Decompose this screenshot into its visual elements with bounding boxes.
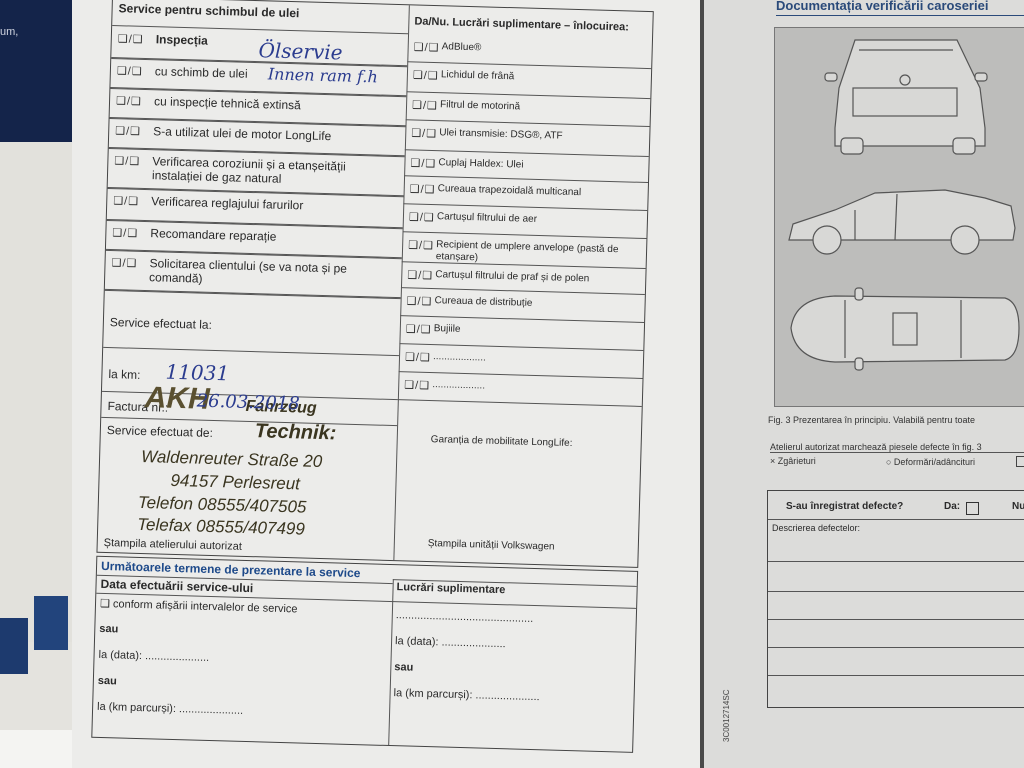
yes-no-checkbox[interactable]: ❑/❑ [117,64,143,78]
white-sheet [0,730,72,768]
extra-work-label: Cartușul filtrului de praf și de polen [435,269,635,287]
car-diagram [774,27,1024,407]
cover-text: um, [0,26,18,38]
km-label: la km: [108,367,140,382]
yes-no-checkbox[interactable]: ❑/❑ [115,124,141,138]
extra-work-label: AdBlue® [442,41,642,59]
defects-description-label: Descrierea defectelor: [772,523,860,533]
yes-no-checkbox[interactable]: ❑/❑ [411,126,437,140]
yes-no-checkbox[interactable]: ❑/❑ [111,256,137,270]
yes-no-checkbox[interactable]: ❑/❑ [413,68,439,82]
service-item-label: cu inspecție tehnică extinsă [154,94,394,115]
blue-tab [34,596,68,650]
stamp-city: 94157 Perlesreut [170,471,300,495]
yes-label: Da: [944,501,960,512]
legend-scratches: × Zgârieturi [770,456,816,466]
extra-work-row: ❑/❑................... [398,371,643,407]
defects-box: S-au înregistrat defecte? Da: Nu Descrie… [767,490,1024,708]
service-date-header: Data efectuării service-ului [100,577,253,595]
figure-caption: Fig. 3 Prezentarea în principiu. Valabil… [768,415,975,425]
yes-no-checkbox[interactable]: ❑/❑ [409,210,435,224]
yes-no-checkbox[interactable]: ❑/❑ [406,294,432,308]
extra-work-label: Cureaua trapezoidală multicanal [438,183,638,201]
document-code: 3C0012714SC [722,690,731,742]
extra-work-label: Filtrul de motorină [440,99,640,117]
yes-no-checkbox[interactable]: ❑/❑ [113,194,139,208]
yes-no-checkbox[interactable]: ❑/❑ [410,182,436,196]
yes-no-checkbox[interactable]: ❑/❑ [406,322,432,336]
extra-work-label: Cartușul filtrului de aer [437,211,637,229]
yes-no-checkbox[interactable]: ❑/❑ [116,94,142,108]
yes-no-checkbox[interactable]: ❑/❑ [414,40,440,54]
next-service-right-line: sau [394,661,541,691]
handwritten-oil-note: Innen ram f.h [268,64,378,86]
next-service-left-line[interactable]: la (km parcurși): ..................... [97,701,295,733]
marking-note: Atelierul autorizat marchează piesele de… [770,442,1024,453]
yes-no-checkbox[interactable]: ❑/❑ [407,268,433,282]
yes-no-checkbox[interactable]: ❑/❑ [112,226,138,240]
handwritten-date: 26.03.2018 [196,391,300,415]
oil-service-header: Service pentru schimbul de ulei [118,1,299,20]
grey-card [0,142,73,642]
yes-no-checkbox[interactable]: ❑/❑ [114,154,140,168]
extra-work-label: Lichidul de frână [441,69,641,87]
yes-no-checkbox[interactable]: ❑/❑ [410,156,436,170]
vw-stamp-label: Ștampila unității Volkswagen [428,538,555,553]
next-service-table: Următoarele termene de prezentare la ser… [91,556,638,753]
extra-work-header: Da/Nu. Lucrări suplimentare – înlocuirea… [414,15,629,33]
extra-work-label: Cuplaj Haldex: Ulei [438,157,638,175]
yes-no-checkbox[interactable]: ❑/❑ [412,98,438,112]
handwritten-inspection-note: Ölservie [258,38,343,64]
extra-work-label: Ulei transmisie: DSG®, ATF [439,127,639,145]
yes-checkbox[interactable] [966,502,979,515]
service-item-row: ❑/❑Solicitarea clientului (se va nota și… [105,249,402,299]
yes-no-checkbox[interactable]: ❑/❑ [405,350,431,364]
extra-work-label: Bujiile [434,323,634,341]
stamp-line2: Technik: [255,420,337,445]
legend-dents: ○ Deformări/adâncituri [886,457,975,467]
yes-no-checkbox[interactable]: ❑/❑ [408,238,434,252]
extra-work-label: ................... [432,379,632,397]
handwritten-km: 11031 [165,360,229,386]
extra-work-label: ................... [433,351,633,369]
bodywork-title: Documentația verificării caroseriei [776,0,1024,16]
service-at-label: Service efectuat la: [110,315,212,332]
service-item-label: Verificarea coroziunii și a etanșeității… [152,154,393,189]
service-item-label: S-a utilizat ulei de motor LongLife [153,124,393,145]
next-service-right-line[interactable]: la (data): ..................... [395,635,542,665]
defects-question: S-au înregistrat defecte? [786,501,903,512]
yes-no-checkbox[interactable]: ❑/❑ [404,378,430,392]
next-service-right-line[interactable]: la (km parcurși): ..................... [393,687,540,717]
blue-tab [0,618,28,674]
legend-checkbox[interactable] [1016,456,1024,467]
workshop-stamp-label: Ștampila atelierului autorizat [104,537,242,553]
next-service-right-line[interactable]: ........................................… [395,609,542,639]
service-item-label: Verificarea reglajului farurilor [151,194,391,215]
extra-work-column-header: Lucrări suplimentare [396,581,505,596]
service-item-label: Solicitarea clientului (se va nota și pe… [149,256,390,291]
service-item-label: Recomandare reparație [150,226,390,247]
extra-work-label: Cureaua de distribuție [434,295,634,313]
service-by-label: Service efectuat de: [107,423,213,440]
yes-no-checkbox[interactable]: ❑/❑ [118,32,144,46]
no-label: Nu [1012,501,1024,512]
mobility-label: Garanția de mobilitate LongLife: [431,434,573,449]
navy-cover: um, [0,0,72,142]
